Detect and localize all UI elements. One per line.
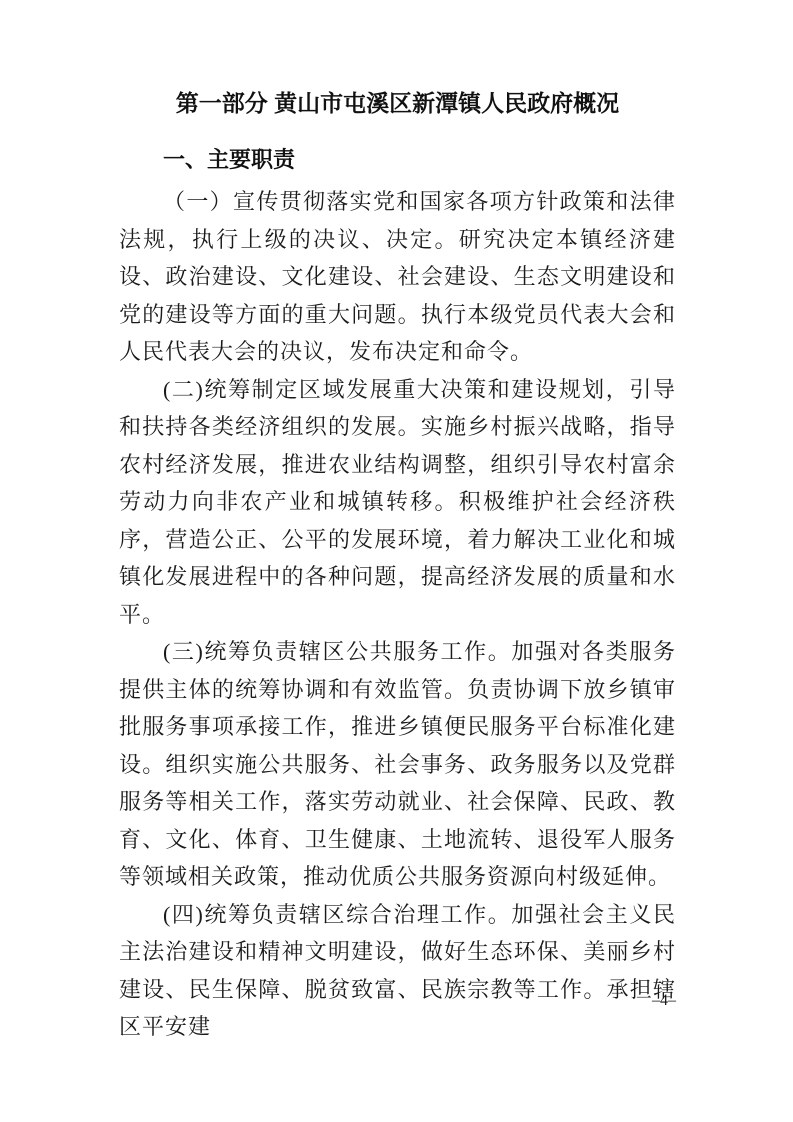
paragraph-1: （一）宣传贯彻落实党和国家各项方针政策和法律法规，执行上级的决议、决定。研究决定…	[119, 183, 676, 371]
document-content: 第一部分 黄山市屯溪区新潭镇人民政府概况 一、主要职责 （一）宣传贯彻落实党和国…	[119, 86, 676, 1046]
document-page: 第一部分 黄山市屯溪区新潭镇人民政府概况 一、主要职责 （一）宣传贯彻落实党和国…	[0, 0, 793, 1122]
paragraph-2: (二)统筹制定区域发展重大决策和建设规划，引导和扶持各类经济组织的发展。实施乡村…	[119, 371, 676, 634]
document-title: 第一部分 黄山市屯溪区新潭镇人民政府概况	[119, 86, 676, 120]
section-heading: 一、主要职责	[119, 145, 676, 175]
paragraph-4: (四)统筹负责辖区综合治理工作。加强社会主义民主法治建设和精神文明建设，做好生态…	[119, 896, 676, 1046]
page-number: –4–	[652, 992, 676, 1010]
paragraph-3: (三)统筹负责辖区公共服务工作。加强对各类服务提供主体的统筹协调和有效监管。负责…	[119, 633, 676, 896]
